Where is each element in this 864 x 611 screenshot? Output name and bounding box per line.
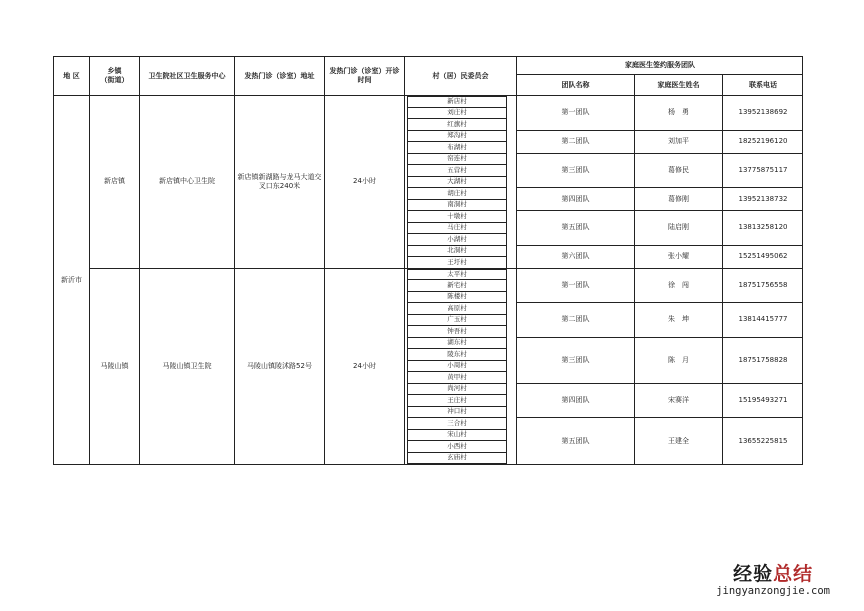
phone-cell: 15251495062	[723, 246, 803, 269]
village-cell: 宋山村	[407, 430, 507, 442]
doctor-name-cell: 宋赛洋	[635, 384, 723, 419]
team-name-cell: 第三团队	[517, 154, 635, 189]
header-center: 卫生院社区卫生服务中心	[140, 57, 235, 96]
doctor-name-cell: 朱 坤	[635, 303, 723, 338]
team-name-cell: 第六团队	[517, 246, 635, 269]
doctor-name-cell: 王建全	[635, 418, 723, 464]
village-cell: 新店村	[407, 96, 507, 108]
header-clinic-hours: 发热门诊（诊室）开诊时间	[325, 57, 405, 96]
village-cell: 玄庙村	[407, 453, 507, 465]
village-cell: 大湖村	[407, 177, 507, 189]
village-cell: 太平村	[407, 269, 507, 281]
village-cell: 钟吾村	[407, 326, 507, 338]
phone-cell: 18751756558	[723, 269, 803, 304]
town-name-cell: 马陵山镇	[90, 269, 140, 465]
health-center-cell: 马陵山镇卫生院	[140, 269, 235, 465]
village-cell: 新宅村	[407, 280, 507, 292]
village-cell: 小西村	[407, 441, 507, 453]
phone-cell: 15195493271	[723, 384, 803, 419]
clinic-hours-cell: 24小时	[325, 269, 405, 465]
header-region: 地 区	[54, 57, 90, 96]
village-cell: 冲口村	[407, 407, 507, 419]
team-name-cell: 第一团队	[517, 269, 635, 304]
team-name-cell: 第二团队	[517, 303, 635, 338]
village-cell: 刘庄村	[407, 108, 507, 120]
phone-cell: 13952138692	[723, 96, 803, 131]
doctor-name-cell: 刘加平	[635, 131, 723, 154]
village-cell: 陵东村	[407, 349, 507, 361]
town-name-cell: 新店镇	[90, 96, 140, 269]
village-cell: 郑沟村	[407, 131, 507, 143]
village-cell: 广玉村	[407, 315, 507, 327]
clinic-hours-cell: 24小时	[325, 96, 405, 269]
village-cell: 红旗村	[407, 119, 507, 131]
team-name-cell: 第三团队	[517, 338, 635, 384]
watermark-url: jingyanzongjie.com	[716, 585, 830, 597]
watermark-logo: 经验总结 jingyanzongjie.com	[716, 563, 830, 597]
village-cell: 湖东村	[407, 338, 507, 350]
doctor-name-cell: 陆启刚	[635, 211, 723, 246]
village-cell: 黄甲村	[407, 372, 507, 384]
phone-cell: 18252196120	[723, 131, 803, 154]
doctor-name-cell: 葛修民	[635, 154, 723, 189]
village-cell: 北洞村	[407, 246, 507, 258]
doctor-name-cell: 葛修刚	[635, 188, 723, 211]
health-center-cell: 新店镇中心卫生院	[140, 96, 235, 269]
team-name-cell: 第一团队	[517, 96, 635, 131]
village-cell: 十墩村	[407, 211, 507, 223]
clinic-address-cell: 新店镇新湖路与龙马大道交叉口东240米	[235, 96, 325, 269]
header-doctor-name: 家庭医生姓名	[635, 75, 723, 96]
team-name-cell: 第四团队	[517, 188, 635, 211]
watermark-cn-red: 总结	[773, 563, 813, 585]
header-team-name: 团队名称	[517, 75, 635, 96]
village-cell: 布湖村	[407, 142, 507, 154]
phone-cell: 13813258120	[723, 211, 803, 246]
doctor-name-cell: 陈 月	[635, 338, 723, 384]
region-cell: 新沂市	[54, 96, 90, 464]
team-name-cell: 第四团队	[517, 384, 635, 419]
header-clinic-address: 发热门诊（诊室）地址	[235, 57, 325, 96]
header-town: 乡镇 （街道）	[90, 57, 140, 96]
phone-cell: 13814415777	[723, 303, 803, 338]
phone-cell: 13775875117	[723, 154, 803, 189]
phone-cell: 18751758828	[723, 338, 803, 384]
team-name-cell: 第五团队	[517, 211, 635, 246]
team-name-cell: 第五团队	[517, 418, 635, 464]
village-cell: 南洞村	[407, 200, 507, 212]
village-cell: 尚河村	[407, 384, 507, 396]
village-cell: 胡庄村	[407, 188, 507, 200]
village-cell: 马庄村	[407, 223, 507, 235]
clinic-address-cell: 马陵山镇陵沭路52号	[235, 269, 325, 465]
village-cell: 窑连村	[407, 154, 507, 166]
doctor-name-cell: 徐 闯	[635, 269, 723, 304]
village-cell: 小湖村	[407, 234, 507, 246]
team-name-cell: 第二团队	[517, 131, 635, 154]
doctor-name-cell: 杨 勇	[635, 96, 723, 131]
header-phone: 联系电话	[723, 75, 803, 96]
service-team-table: 地 区乡镇 （街道）卫生院社区卫生服务中心发热门诊（诊室）地址发热门诊（诊室）开…	[53, 56, 803, 465]
village-cell: 小周村	[407, 361, 507, 373]
phone-cell: 13952138732	[723, 188, 803, 211]
watermark-cn-dark: 经验	[733, 563, 773, 585]
village-cell: 王庄村	[407, 395, 507, 407]
village-cell: 三合村	[407, 418, 507, 430]
village-cell: 陈楼村	[407, 292, 507, 304]
header-team-group: 家庭医生签约服务团队	[517, 57, 803, 75]
doctor-name-cell: 张小耀	[635, 246, 723, 269]
village-cell: 王圩村	[407, 257, 507, 269]
village-cell: 高原村	[407, 303, 507, 315]
phone-cell: 13655225815	[723, 418, 803, 464]
header-village: 村（居）民委员会	[405, 57, 517, 96]
village-cell: 五营村	[407, 165, 507, 177]
